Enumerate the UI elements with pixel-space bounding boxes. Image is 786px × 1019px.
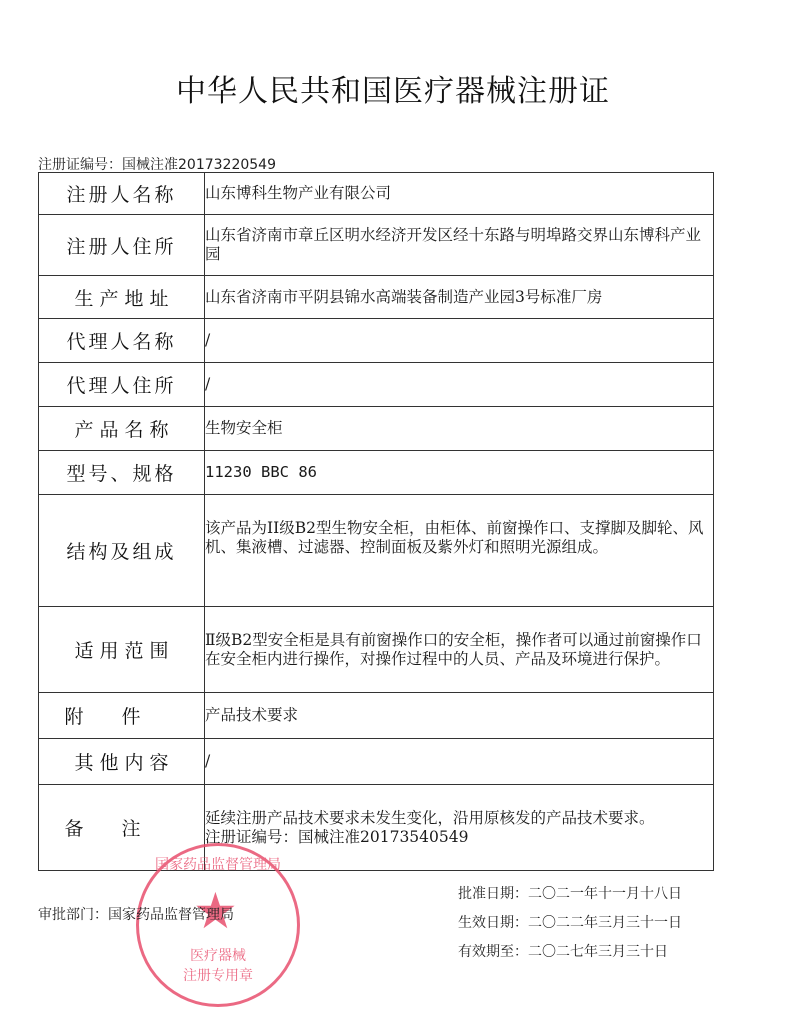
table-row: 注册人名称 山东博科生物产业有限公司	[39, 173, 714, 215]
effective-date: 生效日期：二〇二二年三月三十一日	[458, 909, 682, 938]
seal-inner-line-1: 医疗器械	[139, 946, 297, 966]
row-label: 生 产 地 址	[39, 276, 205, 319]
valid-until-date: 有效期至：二〇二七年三月三十日	[458, 938, 682, 967]
row-value: /	[205, 319, 714, 363]
table-row: 型号、规格 11230 BBC 86	[39, 451, 714, 495]
table-row: 代理人名称 /	[39, 319, 714, 363]
row-label: 附件	[39, 693, 205, 739]
registration-number: 注册证编号：国械注准20173220549	[38, 154, 276, 174]
registration-number-value: 国械注准20173220549	[122, 157, 276, 173]
table-row: 其 他 内 容 /	[39, 739, 714, 785]
remark-line-1: 延续注册产品技术要求未发生变化，沿用原核发的产品技术要求。	[205, 809, 713, 828]
certificate-table: 注册人名称 山东博科生物产业有限公司 注册人住所 山东省济南市章丘区明水经济开发…	[38, 172, 714, 871]
row-value: 该产品为II级B2型生物安全柜，由柜体、前窗操作口、支撑脚及脚轮、风机、集液槽、…	[205, 495, 714, 607]
row-label: 其 他 内 容	[39, 739, 205, 785]
table-row: 代理人住所 /	[39, 363, 714, 407]
row-value: 山东省济南市章丘区明水经济开发区经十东路与明埠路交界山东博科产业园	[205, 215, 714, 276]
row-label: 适 用 范 围	[39, 607, 205, 693]
row-value: 11230 BBC 86	[205, 451, 714, 495]
row-label: 注册人名称	[39, 173, 205, 215]
row-value: /	[205, 739, 714, 785]
approval-department: 审批部门：国家药品监督管理局	[38, 904, 234, 924]
row-label: 结构及组成	[39, 495, 205, 607]
official-seal: 国家药品监督管理局 ★ 医疗器械 注册专用章	[136, 843, 300, 1007]
table-row: 结构及组成 该产品为II级B2型生物安全柜，由柜体、前窗操作口、支撑脚及脚轮、风…	[39, 495, 714, 607]
row-value: 山东博科生物产业有限公司	[205, 173, 714, 215]
dates-block: 批准日期：二〇二一年十一月十八日 生效日期：二〇二二年三月三十一日 有效期至：二…	[458, 880, 682, 967]
row-label: 注册人住所	[39, 215, 205, 276]
row-value: /	[205, 363, 714, 407]
registration-number-label: 注册证编号：	[38, 157, 122, 173]
row-value: Ⅱ级B2型安全柜是具有前窗操作口的安全柜，操作者可以通过前窗操作口在安全柜内进行…	[205, 607, 714, 693]
table-row: 产 品 名 称 生物安全柜	[39, 407, 714, 451]
table-row: 生 产 地 址 山东省济南市平阴县锦水高端装备制造产业园3号标准厂房	[39, 276, 714, 319]
row-label: 代理人名称	[39, 319, 205, 363]
remark-line-2: 注册证编号：国械注准20173540549	[205, 828, 713, 847]
table-row: 附件 产品技术要求	[39, 693, 714, 739]
seal-inner-text: 医疗器械 注册专用章	[139, 946, 297, 986]
row-value: 产品技术要求	[205, 693, 714, 739]
approval-date: 批准日期：二〇二一年十一月十八日	[458, 880, 682, 909]
table-row: 适 用 范 围 Ⅱ级B2型安全柜是具有前窗操作口的安全柜，操作者可以通过前窗操作…	[39, 607, 714, 693]
seal-arc-text: 国家药品监督管理局	[139, 854, 297, 874]
document-title: 中华人民共和国医疗器械注册证	[0, 66, 786, 110]
row-label: 代理人住所	[39, 363, 205, 407]
row-label: 产 品 名 称	[39, 407, 205, 451]
row-value: 生物安全柜	[205, 407, 714, 451]
seal-inner-line-2: 注册专用章	[139, 966, 297, 986]
row-label: 型号、规格	[39, 451, 205, 495]
table-row: 注册人住所 山东省济南市章丘区明水经济开发区经十东路与明埠路交界山东博科产业园	[39, 215, 714, 276]
row-value: 山东省济南市平阴县锦水高端装备制造产业园3号标准厂房	[205, 276, 714, 319]
